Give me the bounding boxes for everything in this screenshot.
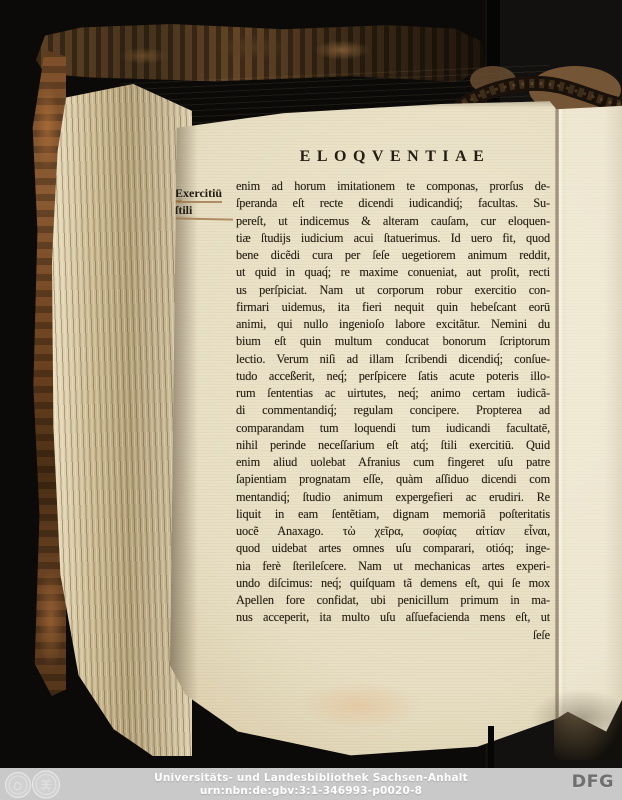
text-line: lectio. Verum niſi ad illam ſcribendi di… xyxy=(236,351,550,368)
text-line: pereſt, ut indicemus & alteram cauſam, c… xyxy=(236,213,550,230)
catchword: ſeſe xyxy=(236,627,550,644)
text-line: quod uidebat artes omnes uſu comparari, … xyxy=(236,540,550,557)
margin-note-word2: ſtili xyxy=(175,203,192,218)
text-line: Apellen fore confidat, ubi penicillum pr… xyxy=(236,592,550,609)
text-line: ſapientiam prognatam eſſe, quàm aſſiduo … xyxy=(236,471,550,488)
text-line: enim aliud uolebat Afranius cum fingeret… xyxy=(236,454,550,471)
text-line: firmari uidemus, ita fieri nequit quin h… xyxy=(236,299,550,316)
text-line: bene dicẽdi cura per ſeſe uegetiorem ani… xyxy=(236,247,550,264)
text-line: animi, qui nullo ingenioſo labore excitã… xyxy=(236,316,550,333)
cradle-shadow-line xyxy=(488,726,494,770)
running-header: ELOQVENTIAE xyxy=(234,148,556,166)
margin-note: Exercitiū ſtili xyxy=(175,186,239,218)
text-line: di commentandiq́; regulam concipere. Pro… xyxy=(236,402,550,419)
margin-note-word1: Exercitiū xyxy=(175,186,222,203)
digitized-book-scan: ELOQVENTIAE Exercitiū ſtili enim ad horu… xyxy=(0,0,622,800)
library-banner: Universitäts- und Landesbibliothek Sachs… xyxy=(0,768,622,800)
text-line: nia ferè ſterileſcere. Nam ut mechanicas… xyxy=(236,558,550,575)
text-line: ſperanda eſt recte dicendi iudicandiq́; … xyxy=(236,195,550,212)
text-lines: enim ad horum imitationem te componas, p… xyxy=(236,178,550,627)
text-line: ut quid in quaq́; re maxime conueniat, a… xyxy=(236,264,550,281)
text-line: enim ad horum imitationem te componas, p… xyxy=(236,178,550,195)
text-line: tudo acceßerit, neq́; perſpicere ſatis a… xyxy=(236,368,550,385)
body-text: enim ad horum imitationem te componas, p… xyxy=(236,178,550,644)
text-line: bium eſt quin multum conducat bonorum ſc… xyxy=(236,333,550,350)
dfg-logo: DFG xyxy=(572,773,614,792)
text-line: liquit in eam ſentẽtiam, dignam memoriã … xyxy=(236,506,550,523)
text-line: uocẽ Anaxago. τὼ χεῖρα, σοφίας αἰτίαν εἶ… xyxy=(236,523,550,540)
urn-identifier: urn:nbn:de:gbv:3:1-346993-p0020-8 xyxy=(200,785,422,797)
text-line: rum ſententias ac uirtutes, neq́; animo … xyxy=(236,385,550,402)
text-line: us perſpiciat. Nam ut corporum robur exe… xyxy=(236,282,550,299)
book-page: ELOQVENTIAE Exercitiū ſtili enim ad horu… xyxy=(170,96,622,758)
text-line: mentandiq́; ſtudio animum expergefieri a… xyxy=(236,489,550,506)
banner-text: Universitäts- und Landesbibliothek Sachs… xyxy=(0,768,622,800)
pencil-underline xyxy=(175,217,233,220)
text-line: nihil perinde neceſſarium eſt atq́; ſtil… xyxy=(236,437,550,454)
text-line: comparandam tum loquendi tum iudicandi f… xyxy=(236,420,550,437)
text-line: undo diſcimus: neq́; quiſquam tã demens … xyxy=(236,575,550,592)
text-line: tiæ ſtudijs iudicium acui ſtatuerimus. I… xyxy=(236,230,550,247)
text-line: nus acceperit, ita multo uſu aſſuefacien… xyxy=(236,609,550,626)
institution-name: Universitäts- und Landesbibliothek Sachs… xyxy=(154,772,468,784)
